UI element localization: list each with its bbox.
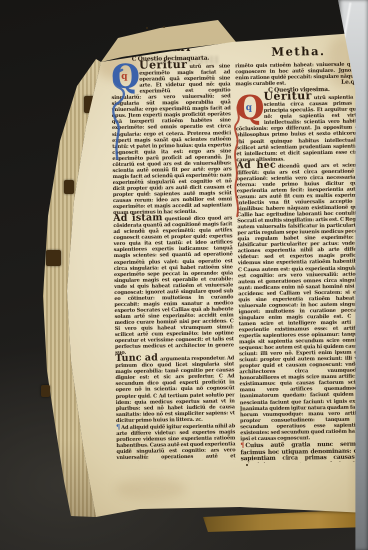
pilcrow-mark: ¶ bbox=[116, 423, 121, 431]
text-column-right: rimẽto quis ratioẽm habeat: vniuersale q… bbox=[235, 61, 368, 463]
binding-notch bbox=[64, 180, 74, 194]
incipit-word: Ueritur bbox=[139, 58, 189, 72]
section-paragraph: Tunc adargumenta respondetur. Ad primum … bbox=[115, 355, 235, 424]
paper-speck bbox=[246, 464, 248, 466]
section-paragraph: Ad hecdicendũ quod ars et scientia diffe… bbox=[236, 161, 367, 442]
binding-notch bbox=[46, 250, 61, 266]
pilcrow-paragraph: ¶Ad aliquid quidẽ igitur experientia nih… bbox=[116, 422, 236, 461]
pilcrow-mark: ¶ bbox=[240, 441, 245, 449]
running-head-right: Metha. bbox=[235, 43, 362, 59]
drop-cap-guide-letter: q bbox=[246, 105, 252, 111]
inline-heading: Ad istam bbox=[113, 212, 165, 224]
binding-notch bbox=[41, 385, 50, 397]
edge-speck bbox=[146, 27, 148, 29]
section-paragraph: Ad istamquestionẽ dico quod ars cõsidera… bbox=[113, 214, 234, 356]
pilcrow-paragraph: ¶Cuius autẽ gratia nunc sermonẽ facimus … bbox=[240, 440, 367, 463]
initial-flourish-left bbox=[107, 67, 130, 165]
inline-heading: Tunc ad bbox=[115, 353, 160, 365]
under-page-gilt-edge bbox=[203, 509, 368, 532]
incipit-word: Ueritur bbox=[263, 89, 313, 103]
opening-paragraph: QqUeriturutrũ sapientia sit scientia cir… bbox=[235, 93, 363, 163]
edge-speck bbox=[163, 26, 165, 28]
photo-background: Primi Metha. C Questio decimaquarta.QqUe… bbox=[0, 0, 368, 550]
initial-flourish-right bbox=[230, 99, 248, 219]
